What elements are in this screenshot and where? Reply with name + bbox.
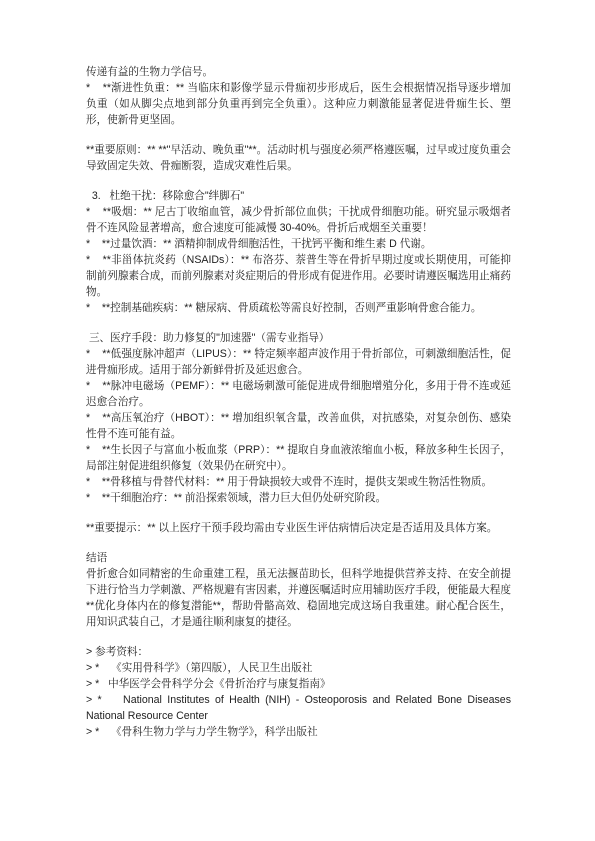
document-content: 传递有益的生物力学信号。* **渐进性负重：** 当临床和影像学显示骨痂初步形成… [86,64,511,740]
references-heading: > 参考资料： [86,644,511,660]
important-note: **重要提示：** 以上医疗干预手段均需由专业医生评估病情后决定是否适用及具体方… [86,520,511,536]
bullet-item: * **生长因子与富血小板血浆（PRP）：** 提取自身血液浓缩血小板，释放多种… [86,442,511,474]
body-text-line: 传递有益的生物力学信号。 [86,64,511,80]
bullet-item: * **非甾体抗炎药（NSAIDs）：** 布洛芬、萘普生等在骨折早期过度或长期… [86,252,511,300]
reference-item: > * 《实用骨科学》（第四版），人民卫生出版社 [86,660,511,676]
bullet-item: * **脉冲电磁场（PEMF）：** 电磁场刺激可能促进成骨细胞增殖分化，多用于… [86,378,511,410]
bullet-item: * **渐进性负重：** 当临床和影像学显示骨痂初步形成后，医生会根据情况指导逐… [86,80,511,128]
bullet-item: * **干细胞治疗：** 前沿探索领域，潜力巨大但仍处研究阶段。 [86,490,511,506]
bullet-item: * **过量饮酒：** 酒精抑制成骨细胞活性，干扰钙平衡和维生素 D 代谢。 [86,236,511,252]
section-heading: 三、医疗手段：助力修复的"加速器"（需专业指导） [86,330,511,346]
bullet-item: * **高压氧治疗（HBOT）：** 增加组织氧含量，改善血供，对抗感染，对复杂… [86,410,511,442]
important-principle-note: **重要原则：** **"早活动、晚负重"**。活动时机与强度必须严格遵医嘱，过… [86,142,511,174]
bullet-item: * **吸烟：** 尼古丁收缩血管，减少骨折部位血供；干扰成骨细胞功能。研究显示… [86,204,511,236]
bullet-item: * **骨移植与骨替代材料：** 用于骨缺损较大或骨不连时，提供支架或生物活性物… [86,474,511,490]
section-heading: 结语 [86,550,511,566]
bullet-item: * **控制基础疾病：** 糖尿病、骨质疏松等需良好控制，否则严重影响骨愈合能力… [86,300,511,316]
body-paragraph: 骨折愈合如同精密的生命重建工程，虽无法揠苗助长，但科学地提供营养支持、在安全前提… [86,566,511,630]
reference-item: > * 《骨科生物力学与力学生物学》，科学出版社 [86,724,511,740]
document-page: 传递有益的生物力学信号。* **渐进性负重：** 当临床和影像学显示骨痂初步形成… [0,0,595,841]
section-heading: 3. 杜绝干扰：移除愈合"绊脚石" [86,188,511,204]
bullet-item: * **低强度脉冲超声（LIPUS）：** 特定频率超声波作用于骨折部位，可刺激… [86,346,511,378]
reference-item: > * National Institutes of Health (NIH) … [86,692,511,724]
reference-item: > * 中华医学会骨科学分会《骨折治疗与康复指南》 [86,676,511,692]
